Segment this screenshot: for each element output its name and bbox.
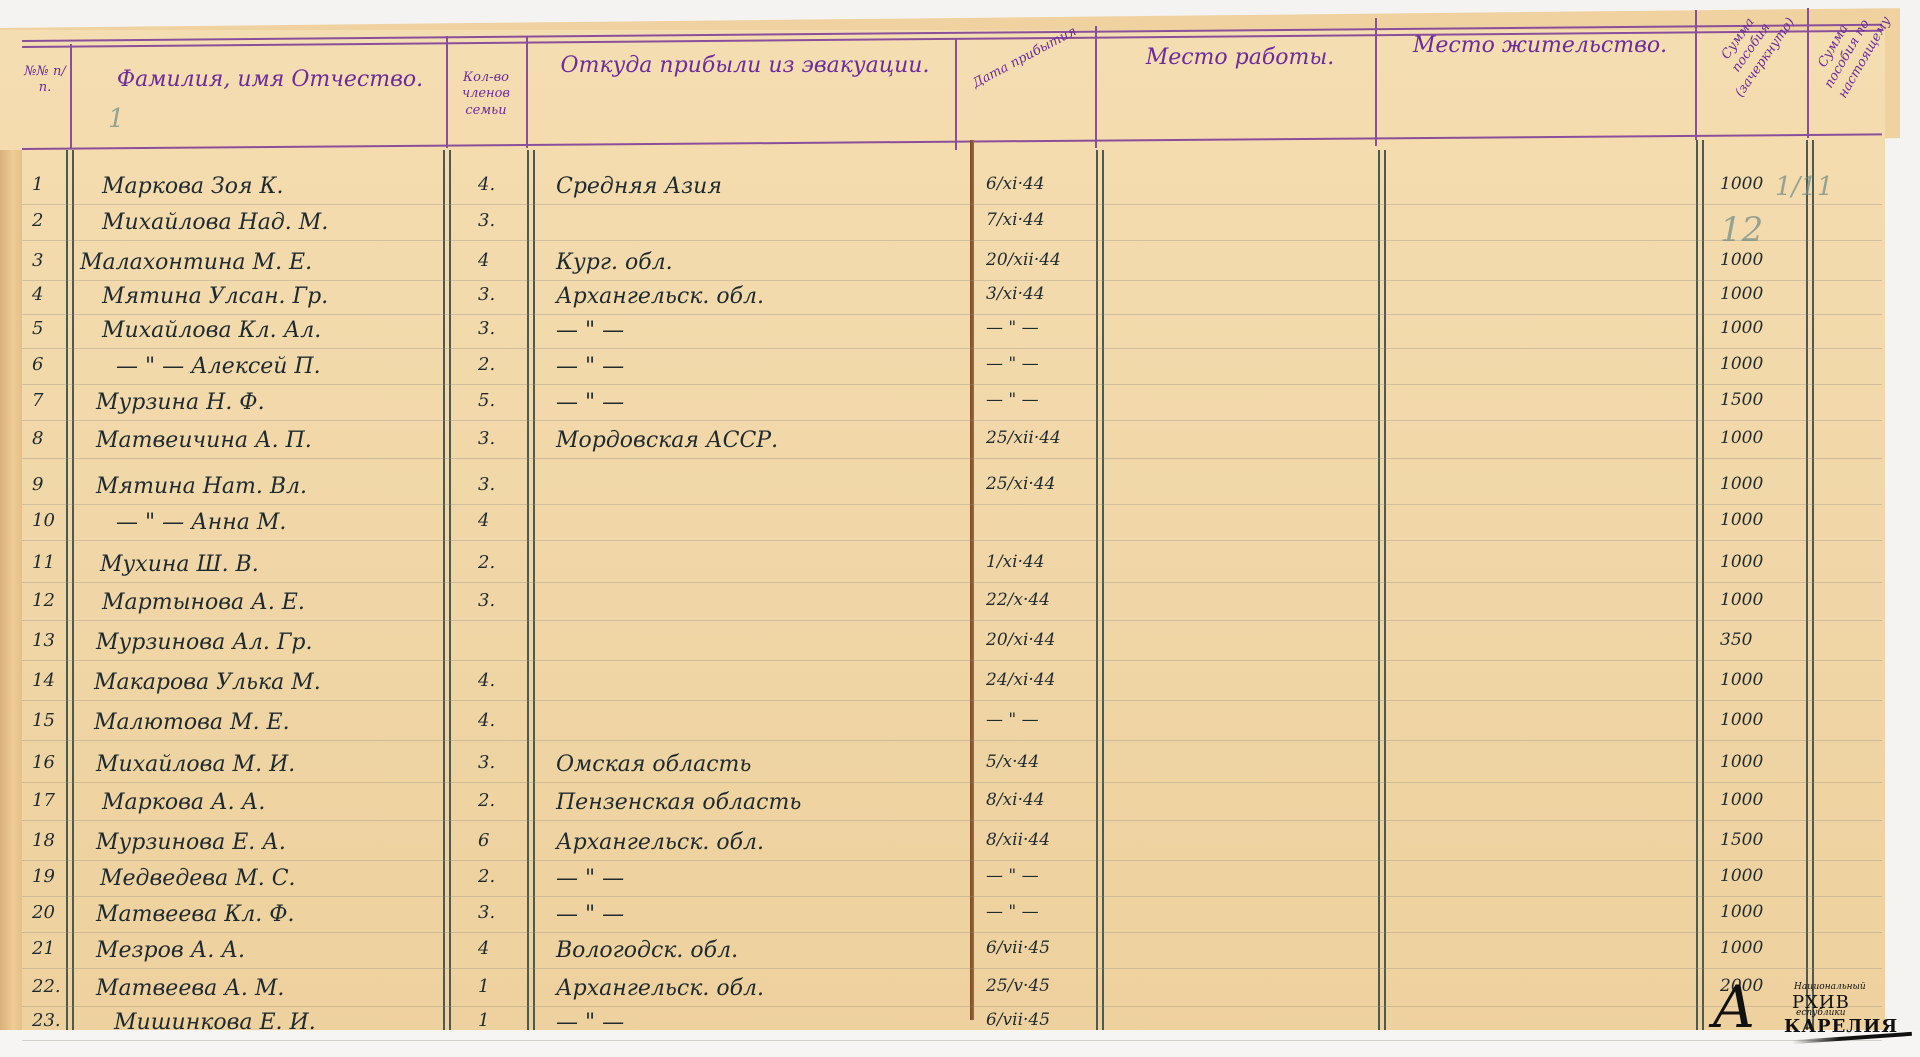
row-name: Маркова А. А. [102,790,265,815]
ruled-line [22,782,1882,783]
row-name: Мятина Улсан. Гр. [102,284,328,309]
row-amount: 1000 [1720,552,1763,572]
ruled-line [22,620,1882,621]
row-arrival-date: 5/x·44 [986,752,1039,772]
logo-line-1: Национальный [1794,982,1866,992]
ruled-line [22,240,1882,241]
header-divider [1695,10,1697,140]
row-evacuated-from: — " — [556,390,624,415]
row-arrival-date: 22/x·44 [986,590,1050,610]
row-family-count: 1 [478,1010,489,1031]
row-name: Михайлова М. И. [96,752,295,777]
row-family-count: 2. [478,354,495,375]
row-number: 15 [32,710,55,731]
ruled-line [22,420,1882,421]
ruled-line [22,540,1882,541]
header-divider [526,36,528,148]
row-family-count: 3. [478,284,495,305]
row-name: Медведева М. С. [100,866,296,891]
header-col-family-count: Кол-во членов семьи [448,70,524,119]
row-arrival-date: 25/xii·44 [986,428,1061,448]
ruled-line [22,1006,1882,1007]
pencil-note: 1/11 [1775,172,1833,202]
row-arrival-date: 24/xi·44 [986,670,1055,690]
row-amount: 1000 [1720,590,1763,610]
row-number: 8 [32,428,43,449]
row-amount: 1000 [1720,790,1763,810]
row-family-count: 5. [478,390,495,411]
ruled-line [22,384,1882,385]
ruled-line [22,700,1882,701]
row-name: Мурзинова Ал. Гр. [96,630,313,655]
row-name: — " — Анна М. [116,510,286,535]
row-number: 1 [32,174,43,195]
ruled-line [22,280,1882,281]
row-amount: 1000 [1720,428,1763,448]
row-arrival-date: — " — [986,354,1039,374]
row-amount: 1000 [1720,938,1763,958]
row-amount: 1000 [1720,354,1763,374]
row-number: 2 [32,210,43,231]
row-number: 5 [32,318,43,339]
row-arrival-date: 20/xi·44 [986,630,1055,650]
header-divider [1095,26,1097,148]
row-evacuated-from: Архангельск. обл. [556,976,764,1001]
row-arrival-date: 8/xii·44 [986,830,1050,850]
row-name: Макарова Улька М. [94,670,321,695]
row-number: 18 [32,830,55,851]
row-name: Михайлова Над. М. [102,210,328,235]
row-amount: 1000 [1720,866,1763,886]
row-name: Матвеева А. М. [96,976,284,1001]
ruled-line [22,932,1882,933]
row-arrival-date: — " — [986,710,1039,730]
row-amount: 1000 [1720,710,1763,730]
row-number: 4 [32,284,43,305]
ruled-line [22,860,1882,861]
row-family-count: 3. [478,210,495,231]
row-number: 11 [32,552,55,573]
column-divider [1378,150,1386,1030]
row-number: 3 [32,250,43,271]
header-col-residence: Место жительство. [1400,32,1680,60]
header-col-name: Фамилия, имя Отчество. [100,66,440,94]
row-name: Мартынова А. Е. [102,590,305,615]
row-family-count: 4. [478,670,495,691]
row-arrival-date: — " — [986,390,1039,410]
row-number: 13 [32,630,55,651]
row-family-count: 2. [478,790,495,811]
row-evacuated-from: Средняя Азия [556,174,722,199]
row-name: Мурзина Н. Ф. [96,390,265,415]
row-evacuated-from: Пензенская область [556,790,801,815]
row-name: Мурзинова Е. А. [96,830,286,855]
row-family-count: 4. [478,174,495,195]
row-arrival-date: 7/xi·44 [986,210,1045,230]
row-family-count: 4 [478,510,489,531]
pencil-note: 12 [1720,210,1763,250]
header-divider [955,38,957,150]
column-divider [527,150,535,1030]
row-number: 23. [32,1010,61,1031]
row-evacuated-from: — " — [556,354,624,379]
row-amount: 1000 [1720,250,1763,270]
column-divider [443,150,451,1030]
header-col-workplace: Место работы. [1120,44,1360,72]
row-arrival-date: 8/xi·44 [986,790,1045,810]
row-amount: 350 [1720,630,1752,650]
row-arrival-date: — " — [986,902,1039,922]
header-divider [1375,18,1377,146]
row-amount: 1000 [1720,510,1763,530]
logo-initial: А [1712,978,1756,1036]
row-name: Мухина Ш. В. [100,552,259,577]
row-evacuated-from: Вологодск. обл. [556,938,738,963]
row-number: 19 [32,866,55,887]
row-number: 10 [32,510,55,531]
row-number: 9 [32,474,43,495]
row-family-count: 4 [478,938,489,959]
row-family-count: 3. [478,590,495,611]
book-spine [970,140,974,1020]
ruled-line [22,820,1882,821]
row-amount: 1500 [1720,390,1763,410]
row-amount: 1000 [1720,670,1763,690]
row-arrival-date: 20/xii·44 [986,250,1061,270]
pencil-mark: 1 [108,104,125,134]
row-name: Мятина Нат. Вл. [96,474,307,499]
row-arrival-date: 3/xi·44 [986,284,1045,304]
row-arrival-date: 6/xi·44 [986,174,1045,194]
ruled-line [22,896,1882,897]
row-family-count: 3. [478,902,495,923]
row-family-count: 1 [478,976,489,997]
row-name: — " — Алексей П. [116,354,321,379]
ruled-line [22,348,1882,349]
ruled-line [22,740,1882,741]
row-name: Маркова Зоя К. [102,174,284,199]
ruled-line [22,1040,1882,1041]
row-arrival-date: 1/xi·44 [986,552,1045,572]
row-amount: 1500 [1720,830,1763,850]
row-arrival-date: 25/v·45 [986,976,1050,996]
ruled-line [22,314,1882,315]
row-name: Мезров А. А. [96,938,245,963]
row-family-count: 3. [478,474,495,495]
row-family-count: 4 [478,250,489,271]
ruled-line [22,582,1882,583]
row-name: Малютова М. Е. [94,710,290,735]
row-number: 14 [32,670,55,691]
row-number: 7 [32,390,43,411]
ruled-line [22,968,1882,969]
ruled-line [22,504,1882,505]
row-family-count: 2. [478,866,495,887]
column-divider [1096,150,1104,1030]
row-evacuated-from: — " — [556,902,624,927]
row-amount: 1000 [1720,752,1763,772]
row-amount: 1000 [1720,284,1763,304]
column-divider [66,150,74,1030]
row-arrival-date: 25/xi·44 [986,474,1055,494]
row-arrival-date: 6/vii·45 [986,1010,1050,1030]
row-amount: 1000 [1720,474,1763,494]
row-amount: 1000 [1720,902,1763,922]
row-evacuated-from: Омская область [556,752,751,777]
row-evacuated-from: Архангельск. обл. [556,284,764,309]
row-number: 12 [32,590,55,611]
row-number: 20 [32,902,55,923]
row-evacuated-from: Мордовская АССР. [556,428,778,453]
row-name: Матвеева Кл. Ф. [96,902,295,927]
header-col-evacuated-from: Откуда прибыли из эвакуации. [540,52,950,80]
row-arrival-date: 6/vii·45 [986,938,1050,958]
row-number: 17 [32,790,55,811]
row-evacuated-from: — " — [556,866,624,891]
row-family-count: 6 [478,830,489,851]
ruled-line [22,660,1882,661]
row-evacuated-from: — " — [556,1010,624,1035]
row-number: 16 [32,752,55,773]
row-number: 21 [32,938,55,959]
ruled-line [22,204,1882,205]
page-edges [0,150,22,1030]
row-evacuated-from: Кург. обл. [556,250,673,275]
row-family-count: 3. [478,318,495,339]
ruled-line [22,458,1882,459]
row-family-count: 3. [478,428,495,449]
row-number: 6 [32,354,43,375]
row-name: Матвеичина А. П. [96,428,312,453]
row-name: Малахонтина М. Е. [80,250,312,275]
row-arrival-date: — " — [986,866,1039,886]
row-name: Мишинкова Е. И. [114,1010,316,1035]
row-name: Михайлова Кл. Ал. [102,318,321,343]
row-family-count: 2. [478,552,495,573]
row-amount: 1000 [1720,174,1763,194]
row-arrival-date: — " — [986,318,1039,338]
row-family-count: 4. [478,710,495,731]
archive-logo: А Национальный РХИВ еспублики КАРЕЛИЯ [1712,978,1912,1038]
header-col-number: №№ п/п. [22,64,68,97]
row-evacuated-from: Архангельск. обл. [556,830,764,855]
row-family-count: 3. [478,752,495,773]
row-number: 22. [32,976,61,997]
header-divider [70,44,72,148]
row-evacuated-from: — " — [556,318,624,343]
row-amount: 1000 [1720,318,1763,338]
